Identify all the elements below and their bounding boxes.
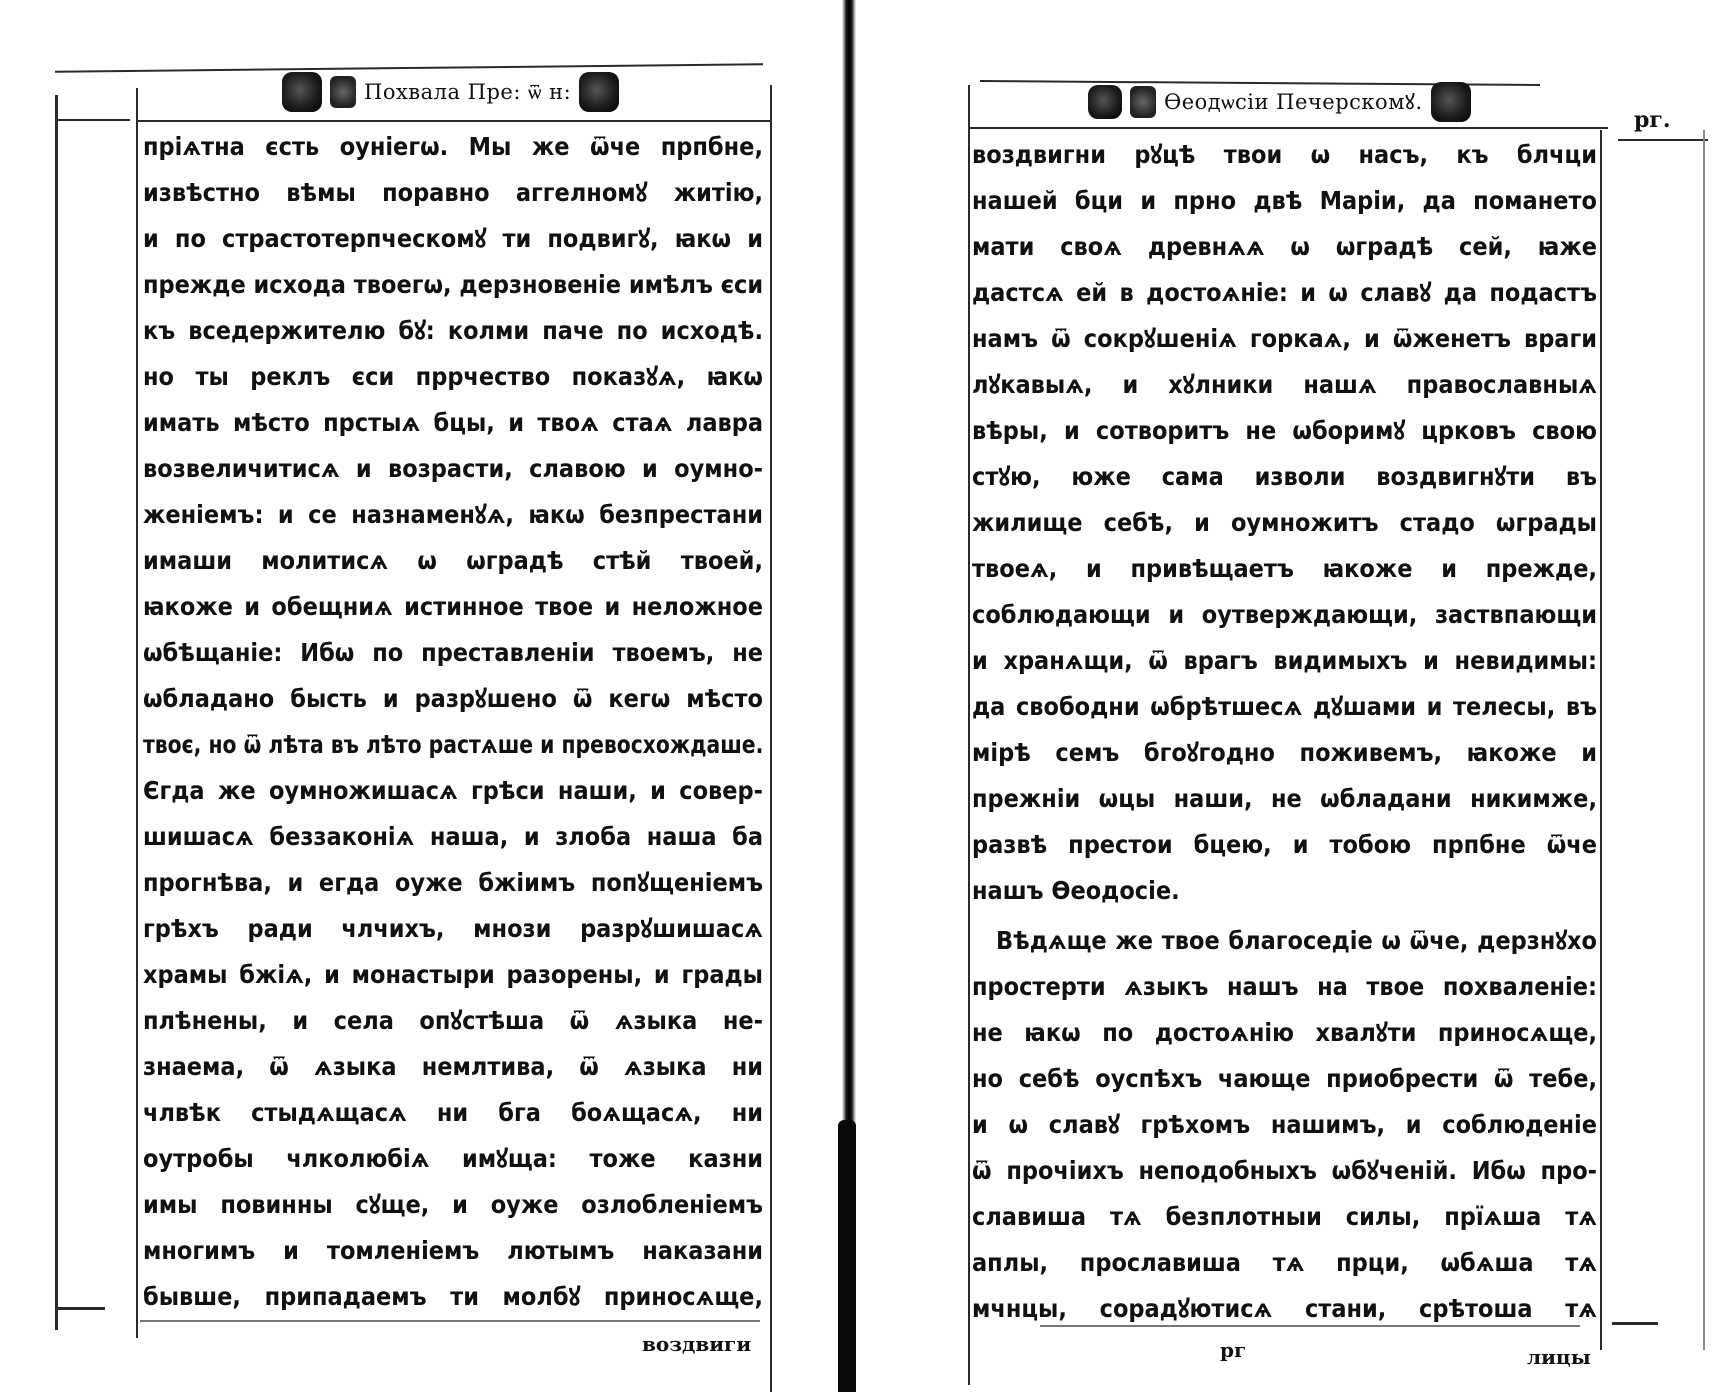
text-line: не ꙗкѡ по достоѧнію хвалꙋти приносѧще, [972,1013,1597,1053]
text-line: бывше, припадаемъ ти молбꙋ приносѧще, [143,1277,763,1317]
text-line: ѡбѣщаніе: Ибѡ по преставленіи твоемъ, не [143,633,763,673]
text-line: жилище себѣ, и оумножитъ стадо ѡграды [972,503,1597,543]
ornament-headpiece-icon [1431,82,1471,122]
text-line: имы повинны сꙋще, и оуже озлобленіемъ [143,1185,763,1225]
text-line: прогнѣва, и егда оуже бжіимъ попꙋщеніемъ [143,863,763,903]
right-page: Ѳеодѡсіи Печерскомꙋ. рг. воздвигни рꙋцѣ … [860,0,1713,1392]
left-page-header-rule [138,120,770,122]
ornament-headpiece-icon [579,72,619,112]
text-line: женіемъ: и се назнаменꙋѧ, ꙗкѡ безпрестан… [143,495,763,535]
left-running-head: Похвала Пре: ѿ н: [282,72,619,112]
left-running-head-title: Похвала Пре: ѿ н: [364,80,571,105]
right-running-head: Ѳеодѡсіи Печерскомꙋ. [1088,82,1471,122]
left-margin-short-rule [57,119,130,121]
text-line: воздвигни рꙋцѣ твои ѡ насъ, къ блчци [972,135,1597,175]
left-outer-vertical-rule [55,95,58,1330]
text-line: нашей бци и прно двѣ Маріи, да помането [972,181,1597,221]
text-line: лꙋкавыѧ, и хꙋлники нашѧ православныѧ [972,365,1597,405]
text-line: простерти ѧзыкъ нашъ на твое похваленіе: [972,967,1597,1007]
ornament-small-icon [1130,86,1156,118]
right-running-head-title: Ѳеодѡсіи Печерскомꙋ. [1164,88,1423,116]
ornament-headpiece-icon [1088,85,1122,119]
right-page-header-rule [968,127,1608,129]
right-margin-short-rule [1618,139,1708,141]
text-line: къ вседержителю бꙋ: колми паче по исходѣ… [143,311,763,351]
text-line: нашъ Ѳеодосіе. [972,871,1597,911]
text-line: мати своѧ древнѧѧ ѡ ѡградѣ сей, ꙗже [972,227,1597,267]
text-line: члвѣк стыдѧщасѧ ни бга боѧщасѧ, ни [143,1093,763,1133]
book-gutter-shadow [838,1120,856,1392]
right-inner-vertical-rule [968,85,970,1385]
text-line: шишасѧ беззаконіѧ наша, и злоба наша ба [143,817,763,857]
left-catchword: воздвиги [642,1332,751,1356]
ornament-small-icon [330,76,356,108]
text-line: твоє, но ѿ лѣта въ лѣто растѧше и превос… [143,725,763,765]
text-line: ѡбладано бысть и разрꙋшено ѿ кегѡ мѣсто [143,679,763,719]
text-line: и ѡ славꙋ грѣхомъ нашимъ, и соблюденіе [972,1105,1597,1145]
left-text-column: пріѧтна єсть оуніегѡ. Мы же ѿче прпбне, … [143,127,763,1327]
text-line: оутробы члколюбіѧ имꙋща: тоже казни [143,1139,763,1179]
right-catchword: лицы [1527,1345,1591,1369]
text-line: имаши молитисѧ ѡ ѡградѣ стѣй твоей, [143,541,763,581]
right-text-column: воздвигни рꙋцѣ твои ѡ насъ, къ блчци наш… [972,135,1597,1335]
text-line: намъ ѿ сокрꙋшеніѧ горкаѧ, и ѿженетъ враг… [972,319,1597,359]
right-margin-bottom-rule [1612,1322,1658,1325]
folio-number: рг. [1634,107,1671,133]
text-line: но себѣ оуспѣхъ чающе приобрести ѿ тебе, [972,1059,1597,1099]
text-line: извѣстно вѣмы поравно аггелномꙋ житію, [143,173,763,213]
text-line: грѣхъ ради члчихъ, мнози разрꙋшишасѧ [143,909,763,949]
text-line: твоеѧ, и привѣщаетъ ꙗкоже и прежде, [972,549,1597,589]
text-line: славиша тѧ безплотныи силы, прїѧша тѧ [972,1197,1597,1237]
text-line: Єгда же оумножишасѧ грѣси наши, и совер- [143,771,763,811]
text-line: соблюдающи и оутверждающи, заствпающи [972,595,1597,635]
text-line: но ты реклъ єси пррчество показꙋѧ, ꙗкѡ [143,357,763,397]
text-line: мірѣ семъ бгоꙋгодно поживемъ, ꙗкоже и [972,733,1597,773]
text-line: развѣ престои бцею, и тобою прпбне ѿче [972,825,1597,865]
right-outer-vertical-rule [1703,130,1705,1350]
text-line: ѿ прочіихъ неподобныхъ ѡбꙋченій. Ибѡ про… [972,1151,1597,1191]
text-line: Вѣдѧще же твое благоседіе ѡ ѿче, дерзнꙋх… [972,921,1597,961]
text-line: и по страстотерпческомꙋ ти подвигꙋ, ꙗкѡ … [143,219,763,259]
text-line: знаема, ѿ ѧзыка немлтива, ѿ ѧзыка ни [143,1047,763,1087]
text-line: имать мѣсто прстыѧ бцы, и твоѧ стаѧ лавр… [143,403,763,443]
text-line: да свободни ѡбрѣтшесѧ дꙋшами и телесы, в… [972,687,1597,727]
ornament-headpiece-icon [282,72,322,112]
text-line: ꙗкоже и обещниѧ истинное твое и неложное [143,587,763,627]
text-line: пріѧтна єсть оуніегѡ. Мы же ѿче прпбне, [143,127,763,167]
text-line: мчнцы, сорадꙋютисѧ стани, срѣтоша тѧ [972,1289,1597,1329]
text-line: прежніи ѡцы наши, не ѡбладани никимже, [972,779,1597,819]
text-line: храмы бжіѧ, и монастыри разорены, и град… [143,955,763,995]
signature-mark: рг [1220,1338,1246,1362]
text-line: многимъ и томленіемъ лютымъ наказани [143,1231,763,1271]
left-page: Похвала Пре: ѿ н: пріѧтна єсть оуніегѡ. … [0,0,840,1392]
text-line: аплы, прославиша тѧ прци, ѡбѧша тѧ [972,1243,1597,1283]
text-line: возвеличитисѧ и возрасти, славою и оумно… [143,449,763,489]
text-line: плѣнены, и села опꙋстѣша ѿ ѧзыка не- [143,1001,763,1041]
text-line: стꙋю, юже сама изволи воздвигнꙋти въ [972,457,1597,497]
text-line: и хранѧщи, ѿ врагъ видимыхъ и невидимы: [972,641,1597,681]
left-inner-vertical-rule [136,88,138,1338]
text-line: дастсѧ ей в достоѧніе: и ѡ славꙋ да пода… [972,273,1597,313]
text-line: вѣры, и сотворитъ не ѡборимꙋ црковъ свою [972,411,1597,451]
text-line: прежде исхода твоегѡ, дерзновеніе имѣлъ … [143,265,763,305]
left-right-vertical-rule [770,85,772,1392]
right-text-vertical-rule [1600,130,1602,1350]
left-margin-bottom-rule [57,1307,105,1310]
